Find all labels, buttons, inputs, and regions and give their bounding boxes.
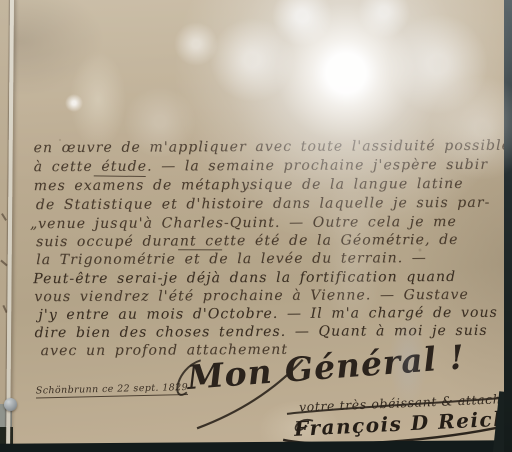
letter-line: Peut-être serai-je déjà dans la fortific… bbox=[33, 269, 456, 287]
photo-of-framed-letter: en œuvre de m'appliquer avec toute l'ass… bbox=[0, 0, 512, 452]
handwritten-text-block: en œuvre de m'appliquer avec toute l'ass… bbox=[0, 0, 512, 452]
dateline: Schönbrunn ce 22 sept. 1829 bbox=[36, 382, 189, 398]
letter-line: vous viendrez l'été prochaine à Vienne. … bbox=[34, 287, 469, 305]
letter-line: mes examens de métaphysique de la langue… bbox=[34, 176, 464, 194]
letter-line: dire bien des choses tendres. — Quant à … bbox=[35, 323, 488, 341]
letter-line: de Statistique et d'histoire dans laquel… bbox=[36, 195, 491, 213]
frame-edge-right bbox=[504, 0, 512, 452]
letter-line: „venue jusqu'à Charles-Quint. — Outre ce… bbox=[30, 214, 457, 232]
letter-line: à cette étude. — la semaine prochaine j'… bbox=[34, 157, 488, 175]
letter-line: en œuvre de m'appliquer avec toute l'ass… bbox=[34, 138, 512, 156]
letter-line: j'y entre au mois d'Octobre. — Il m'a ch… bbox=[38, 305, 497, 323]
letter-line: la Trigonométrie et de la levée du terra… bbox=[36, 250, 427, 268]
fastener-pin bbox=[4, 398, 17, 411]
ink-underline bbox=[178, 249, 222, 250]
letter-line: suis occupé durant cette été de la Géomé… bbox=[36, 232, 459, 250]
